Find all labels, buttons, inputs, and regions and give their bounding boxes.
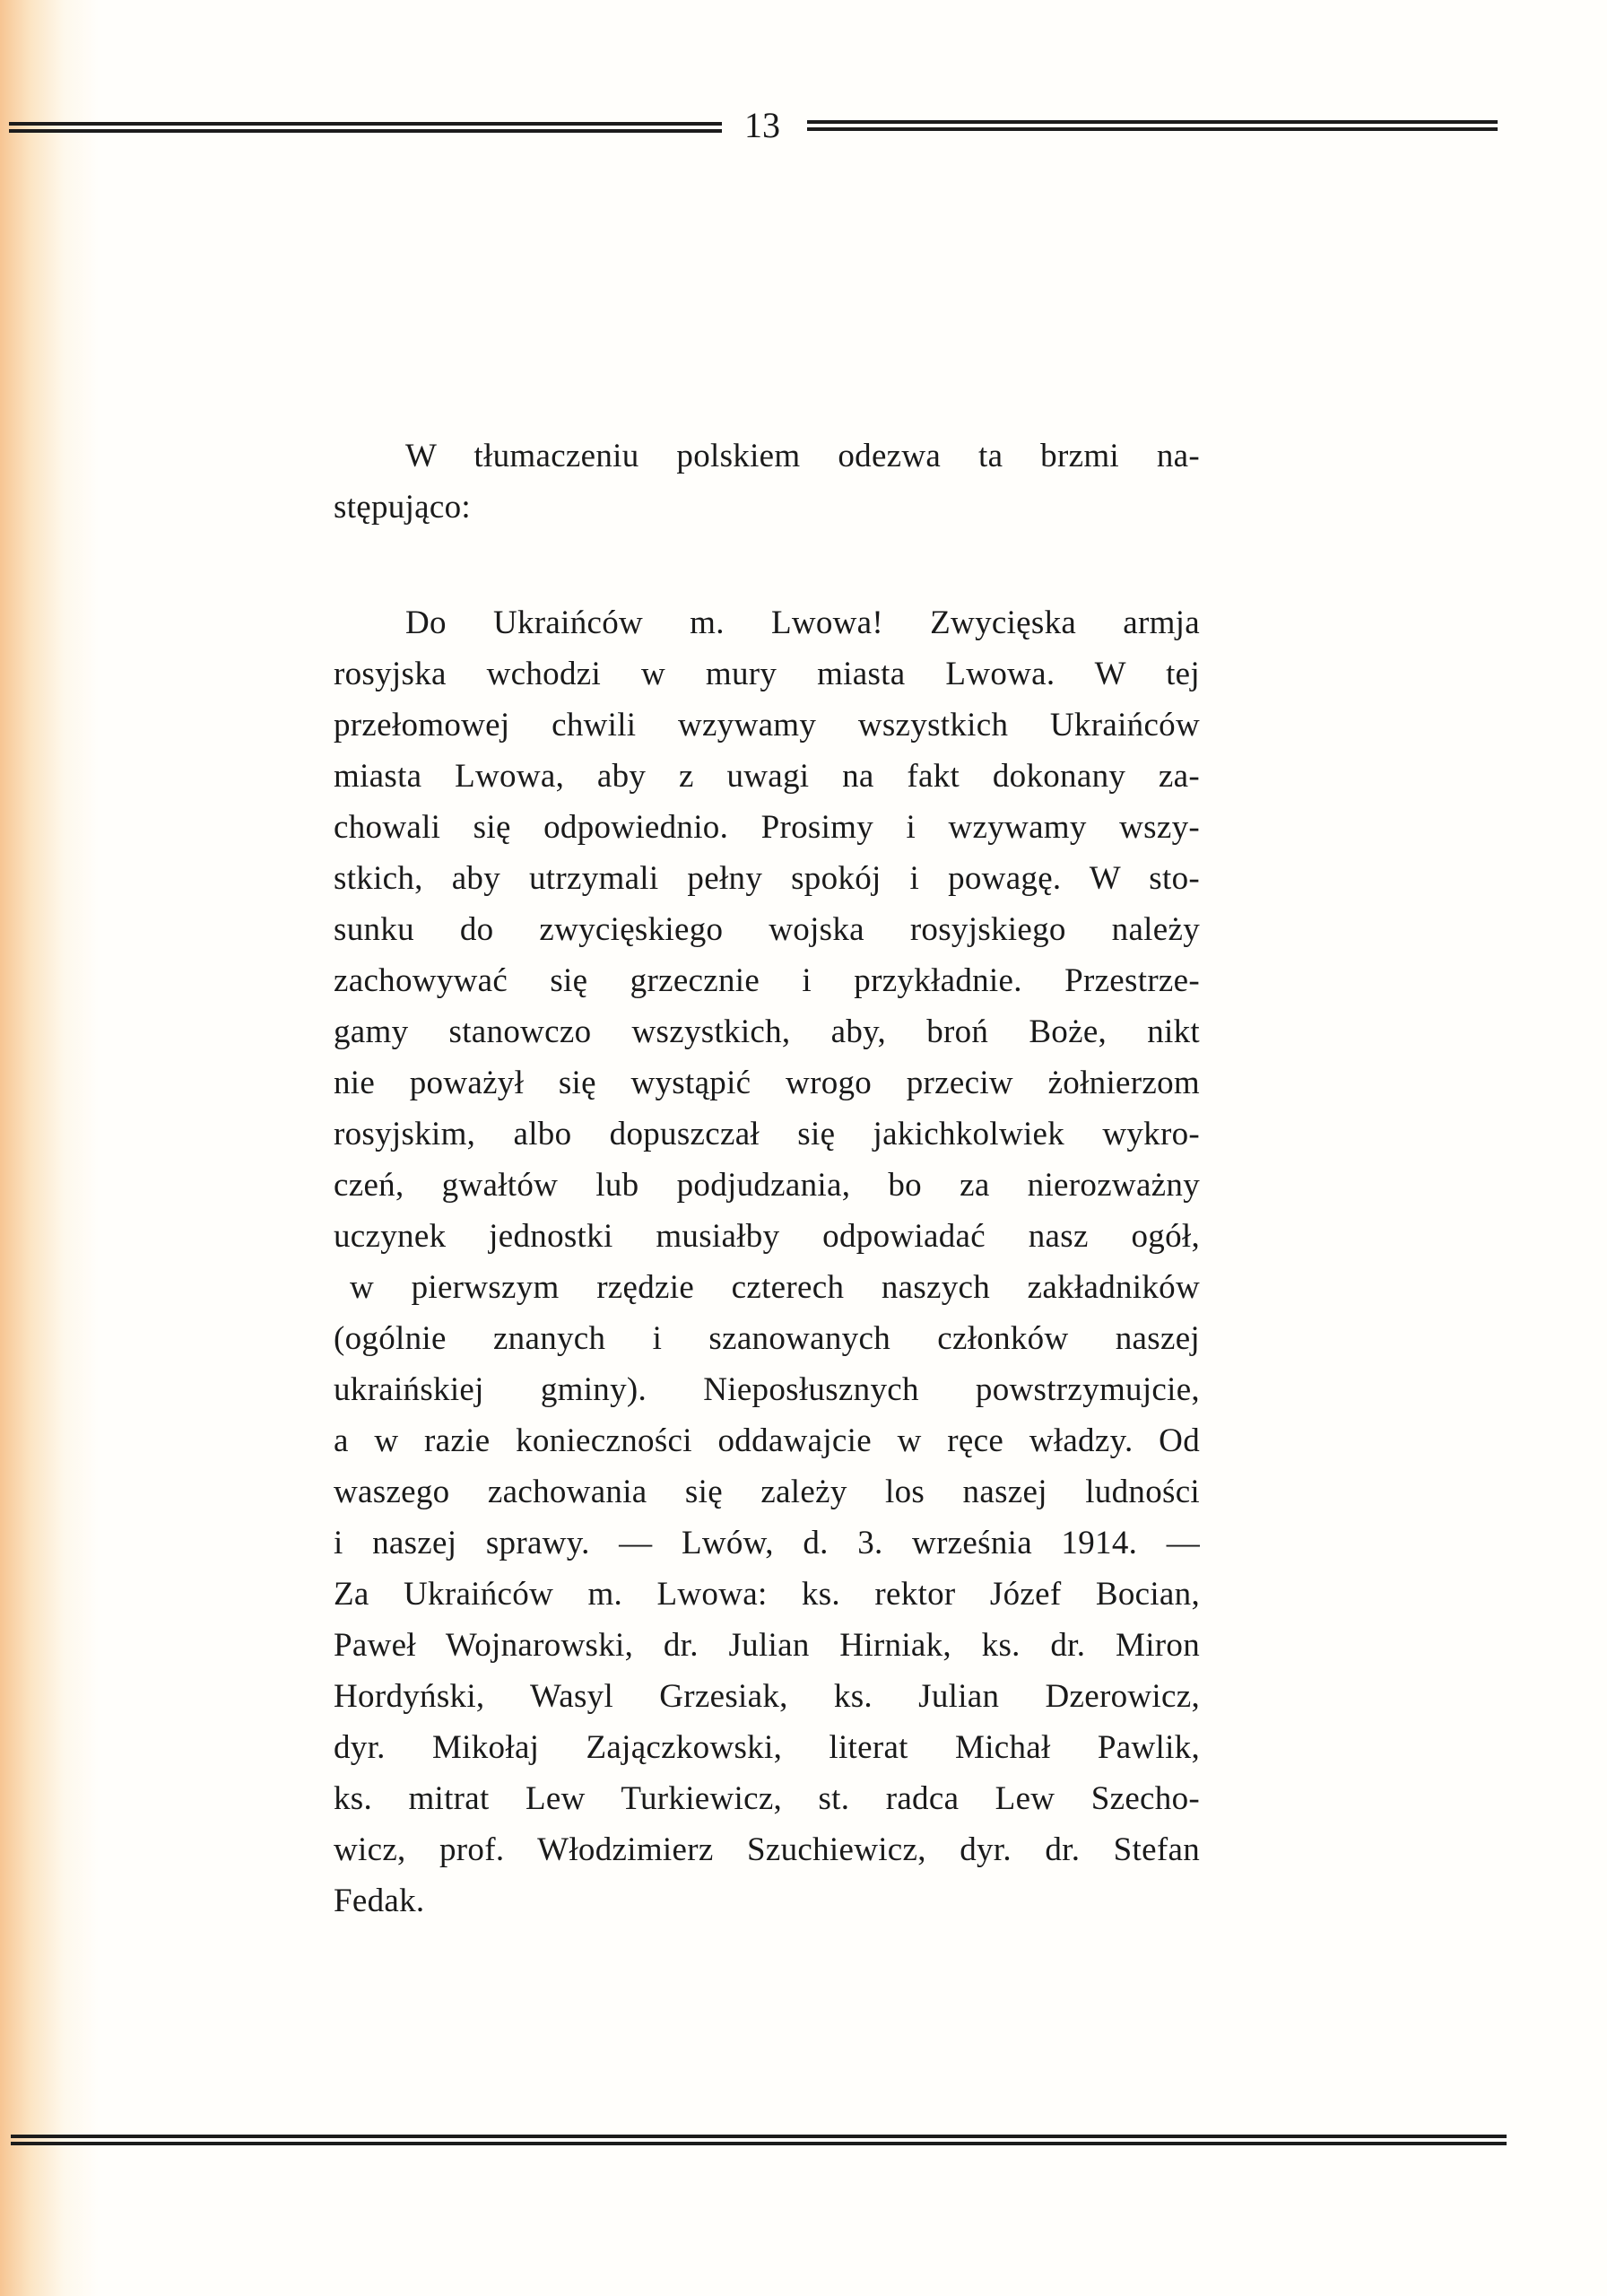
text-line: Paweł Wojnarowski, dr. Julian Hirniak, k…: [334, 1620, 1200, 1671]
text-line: a w razie konieczności oddawajcie w ręce…: [334, 1415, 1200, 1466]
text-line: ukraińskiej gminy). Nieposłusznych powst…: [334, 1364, 1200, 1415]
text-line: uczynek jednostki musiałby odpowiadać na…: [334, 1211, 1200, 1262]
text-line: gamy stanowczo wszystkich, aby, broń Boż…: [334, 1006, 1200, 1057]
text-line: miasta Lwowa, aby z uwagi na fakt dokona…: [334, 751, 1200, 802]
text-line: rosyjskim, albo dopuszczał się jakichkol…: [334, 1109, 1200, 1160]
text-line: i naszej sprawy. — Lwów, d. 3. września …: [334, 1518, 1200, 1569]
footer-rule: [11, 2135, 1507, 2145]
text-line: dyr. Mikołaj Zajączkowski, literat Micha…: [334, 1722, 1200, 1773]
text-line: stępująco:: [334, 482, 1200, 533]
text-line: rosyjska wchodzi w mury miasta Lwowa. W …: [334, 648, 1200, 700]
text-line: nie poważył się wystąpić wrogo przeciw ż…: [334, 1057, 1200, 1109]
proclamation-paragraph: Do Ukraińców m. Lwowa! Zwycięska armja r…: [334, 597, 1200, 1926]
text-line: wicz, prof. Włodzimierz Szuchiewicz, dyr…: [334, 1824, 1200, 1875]
text-line: Hordyński, Wasyl Grzesiak, ks. Julian Dz…: [334, 1671, 1200, 1722]
text-line: Fedak.: [334, 1875, 1200, 1926]
text-line: czeń, gwałtów lub podjudzania, bo za nie…: [334, 1160, 1200, 1211]
text-line: przełomowej chwili wzywamy wszystkich Uk…: [334, 700, 1200, 751]
paragraph-gap: [334, 533, 1200, 597]
text-line: ks. mitrat Lew Turkiewicz, st. radca Lew…: [334, 1773, 1200, 1824]
header-rule-right: [807, 120, 1498, 131]
text-line: (ogólnie znanych i szanowanych członków …: [334, 1313, 1200, 1364]
text-line: Za Ukraińców m. Lwowa: ks. rektor Józef …: [334, 1569, 1200, 1620]
header-rule-left: [9, 122, 722, 133]
text-line: sunku do zwycięskiego wojska rosyjskiego…: [334, 904, 1200, 955]
text-line: zachowywać się grzecznie i przykładnie. …: [334, 955, 1200, 1006]
text-line: chowali się odpowiednio. Prosimy i wzywa…: [334, 802, 1200, 853]
paper-edge-stain: [0, 0, 99, 2296]
document-body: W tłumaczeniu polskiem odezwa ta brzmi n…: [334, 430, 1200, 1926]
page-number: 13: [717, 104, 807, 147]
text-line: stkich, aby utrzymali pełny spokój i pow…: [334, 853, 1200, 904]
text-line: waszego zachowania się zależy los naszej…: [334, 1466, 1200, 1518]
text-line: W tłumaczeniu polskiem odezwa ta brzmi n…: [334, 430, 1200, 482]
text-line: w pierwszym rzędzie czterech naszych zak…: [334, 1262, 1200, 1313]
intro-paragraph: W tłumaczeniu polskiem odezwa ta brzmi n…: [334, 430, 1200, 533]
text-line: Do Ukraińców m. Lwowa! Zwycięska armja: [334, 597, 1200, 648]
